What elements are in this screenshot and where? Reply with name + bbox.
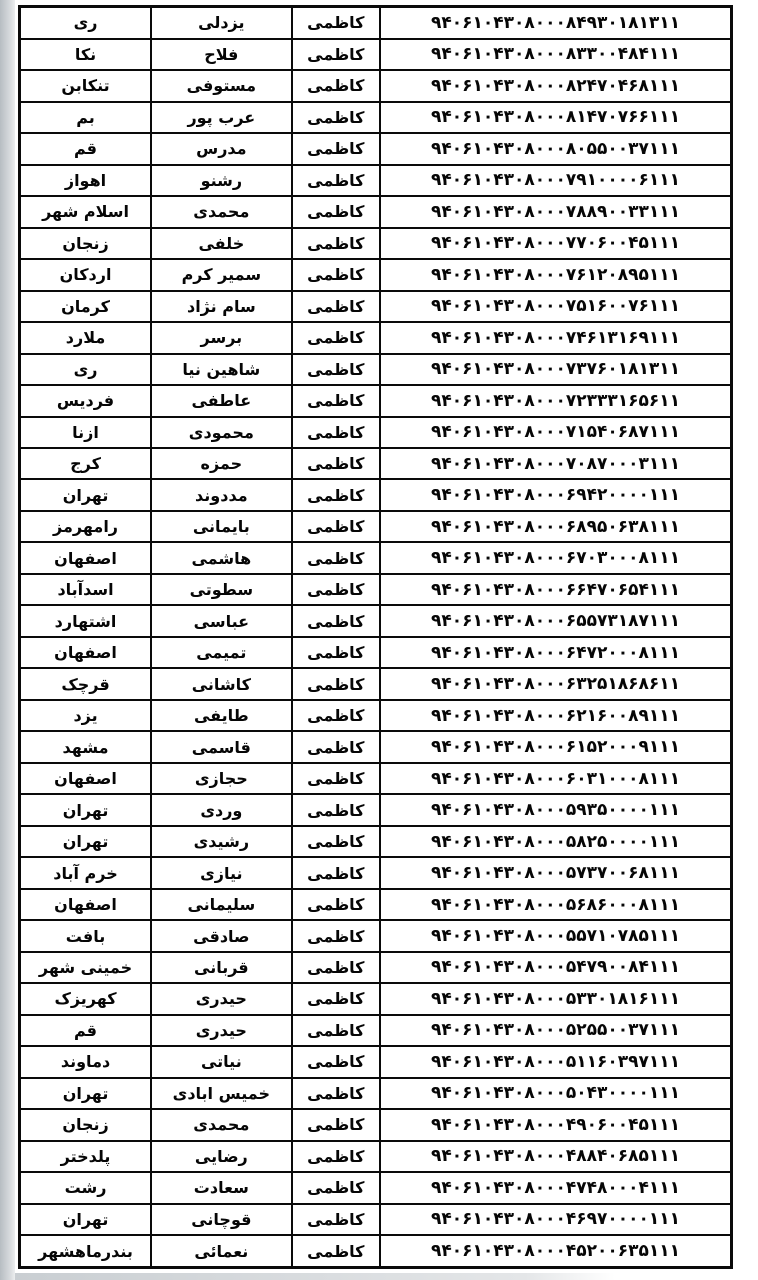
surname-cell: قاسمی	[151, 731, 292, 762]
surname-cell: بایمانی	[151, 511, 292, 542]
surname-cell: فلاح	[151, 39, 292, 70]
common-name-cell: کاظمی	[292, 1109, 380, 1140]
surname-cell: حیدری	[151, 1015, 292, 1046]
surname-cell: نعمائی	[151, 1235, 292, 1267]
city-cell: رشت	[20, 1172, 152, 1203]
surname-cell: خلفی	[151, 228, 292, 259]
common-name-cell: کاظمی	[292, 1046, 380, 1077]
city-cell: مشهد	[20, 731, 152, 762]
surname-cell: مددوند	[151, 479, 292, 510]
table-row: پلدختر رضایی کاظمی ۹۴۰۶۱۰۴۳۰۸۰۰۰۴۸۸۴۰۶۸۵…	[20, 1141, 732, 1172]
common-name-cell: کاظمی	[292, 794, 380, 825]
table-row: دماوند نیاتی کاظمی ۹۴۰۶۱۰۴۳۰۸۰۰۰۵۱۱۶۰۳۹۷…	[20, 1046, 732, 1077]
table-row: کرمان سام نژاد کاظمی ۹۴۰۶۱۰۴۳۰۸۰۰۰۷۵۱۶۰۰…	[20, 291, 732, 322]
number-cell: ۹۴۰۶۱۰۴۳۰۸۰۰۰۶۸۹۵۰۶۳۸۱۱۱	[380, 511, 732, 542]
common-name-cell: کاظمی	[292, 1015, 380, 1046]
table-row: اسلام شهر محمدی کاظمی ۹۴۰۶۱۰۴۳۰۸۰۰۰۷۸۸۹۰…	[20, 196, 732, 227]
number-cell: ۹۴۰۶۱۰۴۳۰۸۰۰۰۶۶۴۷۰۶۵۴۱۱۱	[380, 574, 732, 605]
surname-cell: محمدی	[151, 196, 292, 227]
city-cell: اسلام شهر	[20, 196, 152, 227]
surname-cell: برسر	[151, 322, 292, 353]
surname-cell: قربانی	[151, 952, 292, 983]
table-row: نکا فلاح کاظمی ۹۴۰۶۱۰۴۳۰۸۰۰۰۸۳۳۰۰۴۸۴۱۱۱	[20, 39, 732, 70]
city-cell: قرچک	[20, 668, 152, 699]
table-row: زنجان خلفی کاظمی ۹۴۰۶۱۰۴۳۰۸۰۰۰۷۷۰۶۰۰۴۵۱۱…	[20, 228, 732, 259]
table-row: تهران رشیدی کاظمی ۹۴۰۶۱۰۴۳۰۸۰۰۰۵۸۲۵۰۰۰۰۱…	[20, 826, 732, 857]
number-cell: ۹۴۰۶۱۰۴۳۰۸۰۰۰۷۹۱۰۰۰۰۶۱۱۱	[380, 165, 732, 196]
city-cell: تهران	[20, 1078, 152, 1109]
common-name-cell: کاظمی	[292, 385, 380, 416]
city-cell: یزد	[20, 700, 152, 731]
table-row: اصفهان تمیمی کاظمی ۹۴۰۶۱۰۴۳۰۸۰۰۰۶۴۷۲۰۰۰۸…	[20, 637, 732, 668]
surname-cell: محمدی	[151, 1109, 292, 1140]
number-cell: ۹۴۰۶۱۰۴۳۰۸۰۰۰۴۷۴۸۰۰۰۴۱۱۱	[380, 1172, 732, 1203]
common-name-cell: کاظمی	[292, 983, 380, 1014]
common-name-cell: کاظمی	[292, 448, 380, 479]
common-name-cell: کاظمی	[292, 354, 380, 385]
city-cell: دماوند	[20, 1046, 152, 1077]
table-row: بم عرب پور کاظمی ۹۴۰۶۱۰۴۳۰۸۰۰۰۸۱۴۷۰۷۶۶۱۱…	[20, 102, 732, 133]
table-row: اصفهان حجازی کاظمی ۹۴۰۶۱۰۴۳۰۸۰۰۰۶۰۳۱۰۰۰۸…	[20, 763, 732, 794]
city-cell: قم	[20, 133, 152, 164]
table-row: یزد طایفی کاظمی ۹۴۰۶۱۰۴۳۰۸۰۰۰۶۲۱۶۰۰۸۹۱۱۱	[20, 700, 732, 731]
city-cell: ازنا	[20, 417, 152, 448]
common-name-cell: کاظمی	[292, 1078, 380, 1109]
surname-cell: سطوتی	[151, 574, 292, 605]
city-cell: ملارد	[20, 322, 152, 353]
city-cell: بافت	[20, 920, 152, 951]
number-cell: ۹۴۰۶۱۰۴۳۰۸۰۰۰۶۲۱۶۰۰۸۹۱۱۱	[380, 700, 732, 731]
city-cell: زنجان	[20, 228, 152, 259]
surname-cell: حمزه	[151, 448, 292, 479]
table-row: بندرماهشهر نعمائی کاظمی ۹۴۰۶۱۰۴۳۰۸۰۰۰۴۵۲…	[20, 1235, 732, 1267]
table-row: رامهرمز بایمانی کاظمی ۹۴۰۶۱۰۴۳۰۸۰۰۰۶۸۹۵۰…	[20, 511, 732, 542]
table-row: ملارد برسر کاظمی ۹۴۰۶۱۰۴۳۰۸۰۰۰۷۴۶۱۳۱۶۹۱۱…	[20, 322, 732, 353]
common-name-cell: کاظمی	[292, 102, 380, 133]
common-name-cell: کاظمی	[292, 857, 380, 888]
table-row: اصفهان هاشمی کاظمی ۹۴۰۶۱۰۴۳۰۸۰۰۰۶۷۰۳۰۰۰۸…	[20, 542, 732, 573]
number-cell: ۹۴۰۶۱۰۴۳۰۸۰۰۰۷۳۷۶۰۱۸۱۳۱۱	[380, 354, 732, 385]
city-cell: تنکابن	[20, 70, 152, 101]
city-cell: اهواز	[20, 165, 152, 196]
common-name-cell: کاظمی	[292, 920, 380, 951]
records-table: ری یزدلی کاظمی ۹۴۰۶۱۰۴۳۰۸۰۰۰۸۴۹۳۰۱۸۱۳۱۱ …	[18, 5, 733, 1269]
common-name-cell: کاظمی	[292, 7, 380, 39]
number-cell: ۹۴۰۶۱۰۴۳۰۸۰۰۰۸۳۳۰۰۴۸۴۱۱۱	[380, 39, 732, 70]
common-name-cell: کاظمی	[292, 763, 380, 794]
surname-cell: نیاتی	[151, 1046, 292, 1077]
surname-cell: وردی	[151, 794, 292, 825]
common-name-cell: کاظمی	[292, 637, 380, 668]
surname-cell: سام نژاد	[151, 291, 292, 322]
number-cell: ۹۴۰۶۱۰۴۳۰۸۰۰۰۷۱۵۴۰۶۸۷۱۱۱	[380, 417, 732, 448]
surname-cell: سعادت	[151, 1172, 292, 1203]
number-cell: ۹۴۰۶۱۰۴۳۰۸۰۰۰۷۷۰۶۰۰۴۵۱۱۱	[380, 228, 732, 259]
common-name-cell: کاظمی	[292, 291, 380, 322]
city-cell: تهران	[20, 826, 152, 857]
surname-cell: رشیدی	[151, 826, 292, 857]
table-row: اصفهان سلیمانی کاظمی ۹۴۰۶۱۰۴۳۰۸۰۰۰۵۶۸۶۰۰…	[20, 889, 732, 920]
common-name-cell: کاظمی	[292, 889, 380, 920]
number-cell: ۹۴۰۶۱۰۴۳۰۸۰۰۰۶۵۵۷۳۱۸۷۱۱۱	[380, 605, 732, 636]
surname-cell: مستوفی	[151, 70, 292, 101]
table-row: کهریزک حیدری کاظمی ۹۴۰۶۱۰۴۳۰۸۰۰۰۵۳۳۰۱۸۱۶…	[20, 983, 732, 1014]
table-row: تهران خمیس ابادی کاظمی ۹۴۰۶۱۰۴۳۰۸۰۰۰۵۰۴۳…	[20, 1078, 732, 1109]
common-name-cell: کاظمی	[292, 133, 380, 164]
surname-cell: خمیس ابادی	[151, 1078, 292, 1109]
table-row: اردکان سمیر کرم کاظمی ۹۴۰۶۱۰۴۳۰۸۰۰۰۷۶۱۲۰…	[20, 259, 732, 290]
city-cell: تهران	[20, 479, 152, 510]
city-cell: ری	[20, 7, 152, 39]
common-name-cell: کاظمی	[292, 952, 380, 983]
surname-cell: یزدلی	[151, 7, 292, 39]
city-cell: اصفهان	[20, 763, 152, 794]
table-row: تنکابن مستوفی کاظمی ۹۴۰۶۱۰۴۳۰۸۰۰۰۸۲۴۷۰۴۶…	[20, 70, 732, 101]
surname-cell: رضایی	[151, 1141, 292, 1172]
number-cell: ۹۴۰۶۱۰۴۳۰۸۰۰۰۷۶۱۲۰۸۹۵۱۱۱	[380, 259, 732, 290]
table-row: تهران قوچانی کاظمی ۹۴۰۶۱۰۴۳۰۸۰۰۰۴۶۹۷۰۰۰۰…	[20, 1204, 732, 1235]
table-row: خرم آباد نیازی کاظمی ۹۴۰۶۱۰۴۳۰۸۰۰۰۵۷۳۷۰۰…	[20, 857, 732, 888]
scan-bottom-edge	[15, 1273, 615, 1280]
common-name-cell: کاظمی	[292, 511, 380, 542]
surname-cell: حجازی	[151, 763, 292, 794]
common-name-cell: کاظمی	[292, 70, 380, 101]
city-cell: قم	[20, 1015, 152, 1046]
number-cell: ۹۴۰۶۱۰۴۳۰۸۰۰۰۷۴۶۱۳۱۶۹۱۱۱	[380, 322, 732, 353]
city-cell: کهریزک	[20, 983, 152, 1014]
number-cell: ۹۴۰۶۱۰۴۳۰۸۰۰۰۵۶۸۶۰۰۰۸۱۱۱	[380, 889, 732, 920]
number-cell: ۹۴۰۶۱۰۴۳۰۸۰۰۰۶۰۳۱۰۰۰۸۱۱۱	[380, 763, 732, 794]
table-row: رشت سعادت کاظمی ۹۴۰۶۱۰۴۳۰۸۰۰۰۴۷۴۸۰۰۰۴۱۱۱	[20, 1172, 732, 1203]
city-cell: اردکان	[20, 259, 152, 290]
surname-cell: صادقی	[151, 920, 292, 951]
number-cell: ۹۴۰۶۱۰۴۳۰۸۰۰۰۵۸۲۵۰۰۰۰۱۱۱	[380, 826, 732, 857]
surname-cell: مدرس	[151, 133, 292, 164]
table-row: زنجان محمدی کاظمی ۹۴۰۶۱۰۴۳۰۸۰۰۰۴۹۰۶۰۰۴۵۱…	[20, 1109, 732, 1140]
number-cell: ۹۴۰۶۱۰۴۳۰۸۰۰۰۴۵۲۰۰۶۳۵۱۱۱	[380, 1235, 732, 1267]
number-cell: ۹۴۰۶۱۰۴۳۰۸۰۰۰۴۹۰۶۰۰۴۵۱۱۱	[380, 1109, 732, 1140]
number-cell: ۹۴۰۶۱۰۴۳۰۸۰۰۰۵۹۳۵۰۰۰۰۱۱۱	[380, 794, 732, 825]
table-row: فردیس عاطفی کاظمی ۹۴۰۶۱۰۴۳۰۸۰۰۰۷۲۳۳۳۱۶۵۶…	[20, 385, 732, 416]
table-row: ری شاهین نیا کاظمی ۹۴۰۶۱۰۴۳۰۸۰۰۰۷۳۷۶۰۱۸۱…	[20, 354, 732, 385]
surname-cell: عرب پور	[151, 102, 292, 133]
common-name-cell: کاظمی	[292, 574, 380, 605]
surname-cell: هاشمی	[151, 542, 292, 573]
table-row: مشهد قاسمی کاظمی ۹۴۰۶۱۰۴۳۰۸۰۰۰۶۱۵۲۰۰۰۹۱۱…	[20, 731, 732, 762]
common-name-cell: کاظمی	[292, 668, 380, 699]
number-cell: ۹۴۰۶۱۰۴۳۰۸۰۰۰۵۵۷۱۰۷۸۵۱۱۱	[380, 920, 732, 951]
table-row: کرج حمزه کاظمی ۹۴۰۶۱۰۴۳۰۸۰۰۰۷۰۸۷۰۰۰۳۱۱۱	[20, 448, 732, 479]
number-cell: ۹۴۰۶۱۰۴۳۰۸۰۰۰۸۱۴۷۰۷۶۶۱۱۱	[380, 102, 732, 133]
number-cell: ۹۴۰۶۱۰۴۳۰۸۰۰۰۸۰۵۵۰۰۳۷۱۱۱	[380, 133, 732, 164]
surname-cell: تمیمی	[151, 637, 292, 668]
surname-cell: شاهین نیا	[151, 354, 292, 385]
common-name-cell: کاظمی	[292, 1172, 380, 1203]
city-cell: تهران	[20, 1204, 152, 1235]
number-cell: ۹۴۰۶۱۰۴۳۰۸۰۰۰۷۰۸۷۰۰۰۳۱۱۱	[380, 448, 732, 479]
common-name-cell: کاظمی	[292, 700, 380, 731]
number-cell: ۹۴۰۶۱۰۴۳۰۸۰۰۰۶۷۰۳۰۰۰۸۱۱۱	[380, 542, 732, 573]
common-name-cell: کاظمی	[292, 731, 380, 762]
table-row: ازنا محمودی کاظمی ۹۴۰۶۱۰۴۳۰۸۰۰۰۷۱۵۴۰۶۸۷۱…	[20, 417, 732, 448]
common-name-cell: کاظمی	[292, 479, 380, 510]
scan-left-edge	[0, 0, 15, 1280]
common-name-cell: کاظمی	[292, 542, 380, 573]
number-cell: ۹۴۰۶۱۰۴۳۰۸۰۰۰۷۸۸۹۰۰۳۳۱۱۱	[380, 196, 732, 227]
common-name-cell: کاظمی	[292, 605, 380, 636]
number-cell: ۹۴۰۶۱۰۴۳۰۸۰۰۰۶۳۲۵۱۸۶۸۶۱۱	[380, 668, 732, 699]
table-row: قم مدرس کاظمی ۹۴۰۶۱۰۴۳۰۸۰۰۰۸۰۵۵۰۰۳۷۱۱۱	[20, 133, 732, 164]
surname-cell: عاطفی	[151, 385, 292, 416]
table-row: اشتهارد عباسی کاظمی ۹۴۰۶۱۰۴۳۰۸۰۰۰۶۵۵۷۳۱۸…	[20, 605, 732, 636]
number-cell: ۹۴۰۶۱۰۴۳۰۸۰۰۰۶۴۷۲۰۰۰۸۱۱۱	[380, 637, 732, 668]
table-row: اهواز رشنو کاظمی ۹۴۰۶۱۰۴۳۰۸۰۰۰۷۹۱۰۰۰۰۶۱۱…	[20, 165, 732, 196]
common-name-cell: کاظمی	[292, 322, 380, 353]
number-cell: ۹۴۰۶۱۰۴۳۰۸۰۰۰۶۱۵۲۰۰۰۹۱۱۱	[380, 731, 732, 762]
common-name-cell: کاظمی	[292, 259, 380, 290]
city-cell: خرم آباد	[20, 857, 152, 888]
surname-cell: محمودی	[151, 417, 292, 448]
number-cell: ۹۴۰۶۱۰۴۳۰۸۰۰۰۸۴۹۳۰۱۸۱۳۱۱	[380, 7, 732, 39]
common-name-cell: کاظمی	[292, 1141, 380, 1172]
table-row: ری یزدلی کاظمی ۹۴۰۶۱۰۴۳۰۸۰۰۰۸۴۹۳۰۱۸۱۳۱۱	[20, 7, 732, 39]
table-row: تهران مددوند کاظمی ۹۴۰۶۱۰۴۳۰۸۰۰۰۶۹۴۲۰۰۰۰…	[20, 479, 732, 510]
common-name-cell: کاظمی	[292, 196, 380, 227]
common-name-cell: کاظمی	[292, 417, 380, 448]
common-name-cell: کاظمی	[292, 39, 380, 70]
number-cell: ۹۴۰۶۱۰۴۳۰۸۰۰۰۴۶۹۷۰۰۰۰۱۱۱	[380, 1204, 732, 1235]
city-cell: اصفهان	[20, 637, 152, 668]
city-cell: تهران	[20, 794, 152, 825]
number-cell: ۹۴۰۶۱۰۴۳۰۸۰۰۰۷۵۱۶۰۰۷۶۱۱۱	[380, 291, 732, 322]
city-cell: بم	[20, 102, 152, 133]
surname-cell: نیازی	[151, 857, 292, 888]
surname-cell: حیدری	[151, 983, 292, 1014]
number-cell: ۹۴۰۶۱۰۴۳۰۸۰۰۰۴۸۸۴۰۶۸۵۱۱۱	[380, 1141, 732, 1172]
surname-cell: طایفی	[151, 700, 292, 731]
city-cell: فردیس	[20, 385, 152, 416]
table-row: خمینی شهر قربانی کاظمی ۹۴۰۶۱۰۴۳۰۸۰۰۰۵۴۷۹…	[20, 952, 732, 983]
common-name-cell: کاظمی	[292, 1204, 380, 1235]
number-cell: ۹۴۰۶۱۰۴۳۰۸۰۰۰۵۲۵۵۰۰۳۷۱۱۱	[380, 1015, 732, 1046]
common-name-cell: کاظمی	[292, 1235, 380, 1267]
table-row: بافت صادقی کاظمی ۹۴۰۶۱۰۴۳۰۸۰۰۰۵۵۷۱۰۷۸۵۱۱…	[20, 920, 732, 951]
city-cell: نکا	[20, 39, 152, 70]
city-cell: بندرماهشهر	[20, 1235, 152, 1267]
city-cell: کرمان	[20, 291, 152, 322]
surname-cell: رشنو	[151, 165, 292, 196]
records-table-body: ری یزدلی کاظمی ۹۴۰۶۱۰۴۳۰۸۰۰۰۸۴۹۳۰۱۸۱۳۱۱ …	[20, 7, 732, 1268]
number-cell: ۹۴۰۶۱۰۴۳۰۸۰۰۰۵۰۴۳۰۰۰۰۱۱۱	[380, 1078, 732, 1109]
city-cell: خمینی شهر	[20, 952, 152, 983]
number-cell: ۹۴۰۶۱۰۴۳۰۸۰۰۰۸۲۴۷۰۴۶۸۱۱۱	[380, 70, 732, 101]
city-cell: اصفهان	[20, 889, 152, 920]
number-cell: ۹۴۰۶۱۰۴۳۰۸۰۰۰۵۱۱۶۰۳۹۷۱۱۱	[380, 1046, 732, 1077]
common-name-cell: کاظمی	[292, 228, 380, 259]
number-cell: ۹۴۰۶۱۰۴۳۰۸۰۰۰۷۲۳۳۳۱۶۵۶۱۱	[380, 385, 732, 416]
table-row: تهران وردی کاظمی ۹۴۰۶۱۰۴۳۰۸۰۰۰۵۹۳۵۰۰۰۰۱۱…	[20, 794, 732, 825]
number-cell: ۹۴۰۶۱۰۴۳۰۸۰۰۰۵۳۳۰۱۸۱۶۱۱۱	[380, 983, 732, 1014]
surname-cell: سلیمانی	[151, 889, 292, 920]
city-cell: اصفهان	[20, 542, 152, 573]
surname-cell: قوچانی	[151, 1204, 292, 1235]
city-cell: زنجان	[20, 1109, 152, 1140]
number-cell: ۹۴۰۶۱۰۴۳۰۸۰۰۰۵۷۳۷۰۰۶۸۱۱۱	[380, 857, 732, 888]
city-cell: ری	[20, 354, 152, 385]
number-cell: ۹۴۰۶۱۰۴۳۰۸۰۰۰۵۴۷۹۰۰۸۴۱۱۱	[380, 952, 732, 983]
city-cell: رامهرمز	[20, 511, 152, 542]
table-row: قرچک کاشانی کاظمی ۹۴۰۶۱۰۴۳۰۸۰۰۰۶۳۲۵۱۸۶۸۶…	[20, 668, 732, 699]
table-row: اسدآباد سطوتی کاظمی ۹۴۰۶۱۰۴۳۰۸۰۰۰۶۶۴۷۰۶۵…	[20, 574, 732, 605]
surname-cell: سمیر کرم	[151, 259, 292, 290]
common-name-cell: کاظمی	[292, 165, 380, 196]
city-cell: اشتهارد	[20, 605, 152, 636]
city-cell: اسدآباد	[20, 574, 152, 605]
number-cell: ۹۴۰۶۱۰۴۳۰۸۰۰۰۶۹۴۲۰۰۰۰۱۱۱	[380, 479, 732, 510]
table-row: قم حیدری کاظمی ۹۴۰۶۱۰۴۳۰۸۰۰۰۵۲۵۵۰۰۳۷۱۱۱	[20, 1015, 732, 1046]
surname-cell: عباسی	[151, 605, 292, 636]
common-name-cell: کاظمی	[292, 826, 380, 857]
city-cell: کرج	[20, 448, 152, 479]
surname-cell: کاشانی	[151, 668, 292, 699]
city-cell: پلدختر	[20, 1141, 152, 1172]
